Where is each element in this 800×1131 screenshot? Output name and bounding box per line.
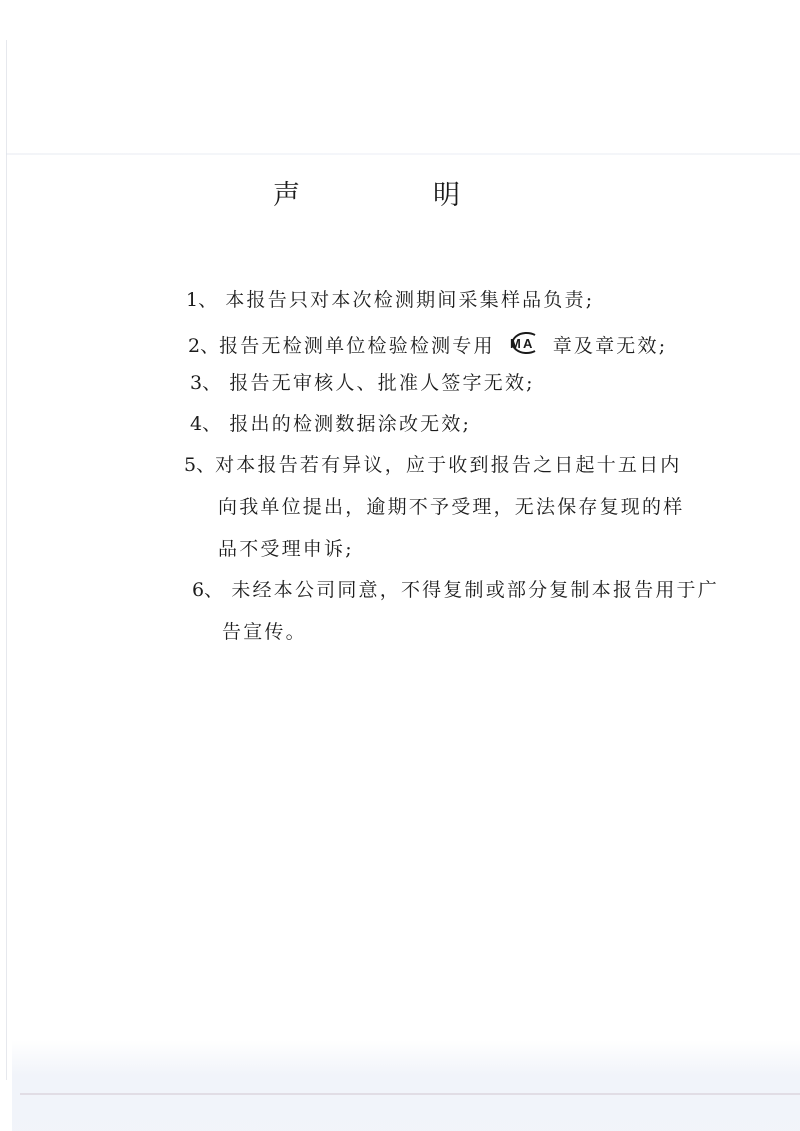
scan-line-artifact [6,153,800,155]
item-text: 告宣传。 [222,621,307,643]
item-number: 1、 [186,287,217,313]
item-text: 本报告只对本次检测期间采集样品负责; [225,289,594,311]
item-number: 5、 [184,452,215,478]
statement-item-6-line-2: 告宣传。 [222,619,307,645]
title-char-1: 声 [273,178,300,214]
item-number: 6、 [192,577,223,603]
statement-item-4: 4、 报出的检测数据涂改无效; [190,411,471,437]
statement-item-2: 2、报告无检测单位检验检测专用MA章及章无效; [188,328,667,359]
scan-shadow-artifact [12,1040,800,1131]
item-text: 未经本公司同意，不得复制或部分复制本报告用于广 [231,579,719,601]
item-text-after-stamp: 章及章无效; [553,335,668,357]
title-char-2: 明 [433,178,460,214]
scan-line-artifact [20,1093,800,1095]
statement-item-5-line-3: 品不受理申诉; [218,536,354,562]
item-number: 4、 [190,411,221,437]
cma-stamp-icon: MA [505,331,545,355]
statement-item-5-line-2: 向我单位提出，逾期不予受理，无法保存复现的样 [218,494,684,520]
item-number: 2、 [188,333,219,359]
item-text: 报出的检测数据涂改无效; [229,413,471,435]
item-text: 对本报告若有异议，应于收到报告之日起十五日内 [215,454,681,476]
svg-text:MA: MA [510,336,535,351]
statement-item-1: 1、 本报告只对本次检测期间采集样品负责; [186,287,594,313]
item-text: 报告无检测单位检验检测专用 [219,335,495,357]
statement-item-3: 3、 报告无审核人、批准人签字无效; [190,370,535,396]
item-text: 报告无审核人、批准人签字无效; [229,372,534,394]
statement-item-5: 5、对本报告若有异议，应于收到报告之日起十五日内 [184,452,682,478]
item-text: 向我单位提出，逾期不予受理，无法保存复现的样 [218,496,684,518]
item-number: 3、 [190,370,221,396]
item-text: 品不受理申诉; [218,538,354,560]
document-page: 声 明 1、 本报告只对本次检测期间采集样品负责; 2、报告无检测单位检验检测专… [0,0,800,1131]
statement-item-6: 6、 未经本公司同意，不得复制或部分复制本报告用于广 [192,577,719,603]
page-title: 声 明 [0,178,800,218]
